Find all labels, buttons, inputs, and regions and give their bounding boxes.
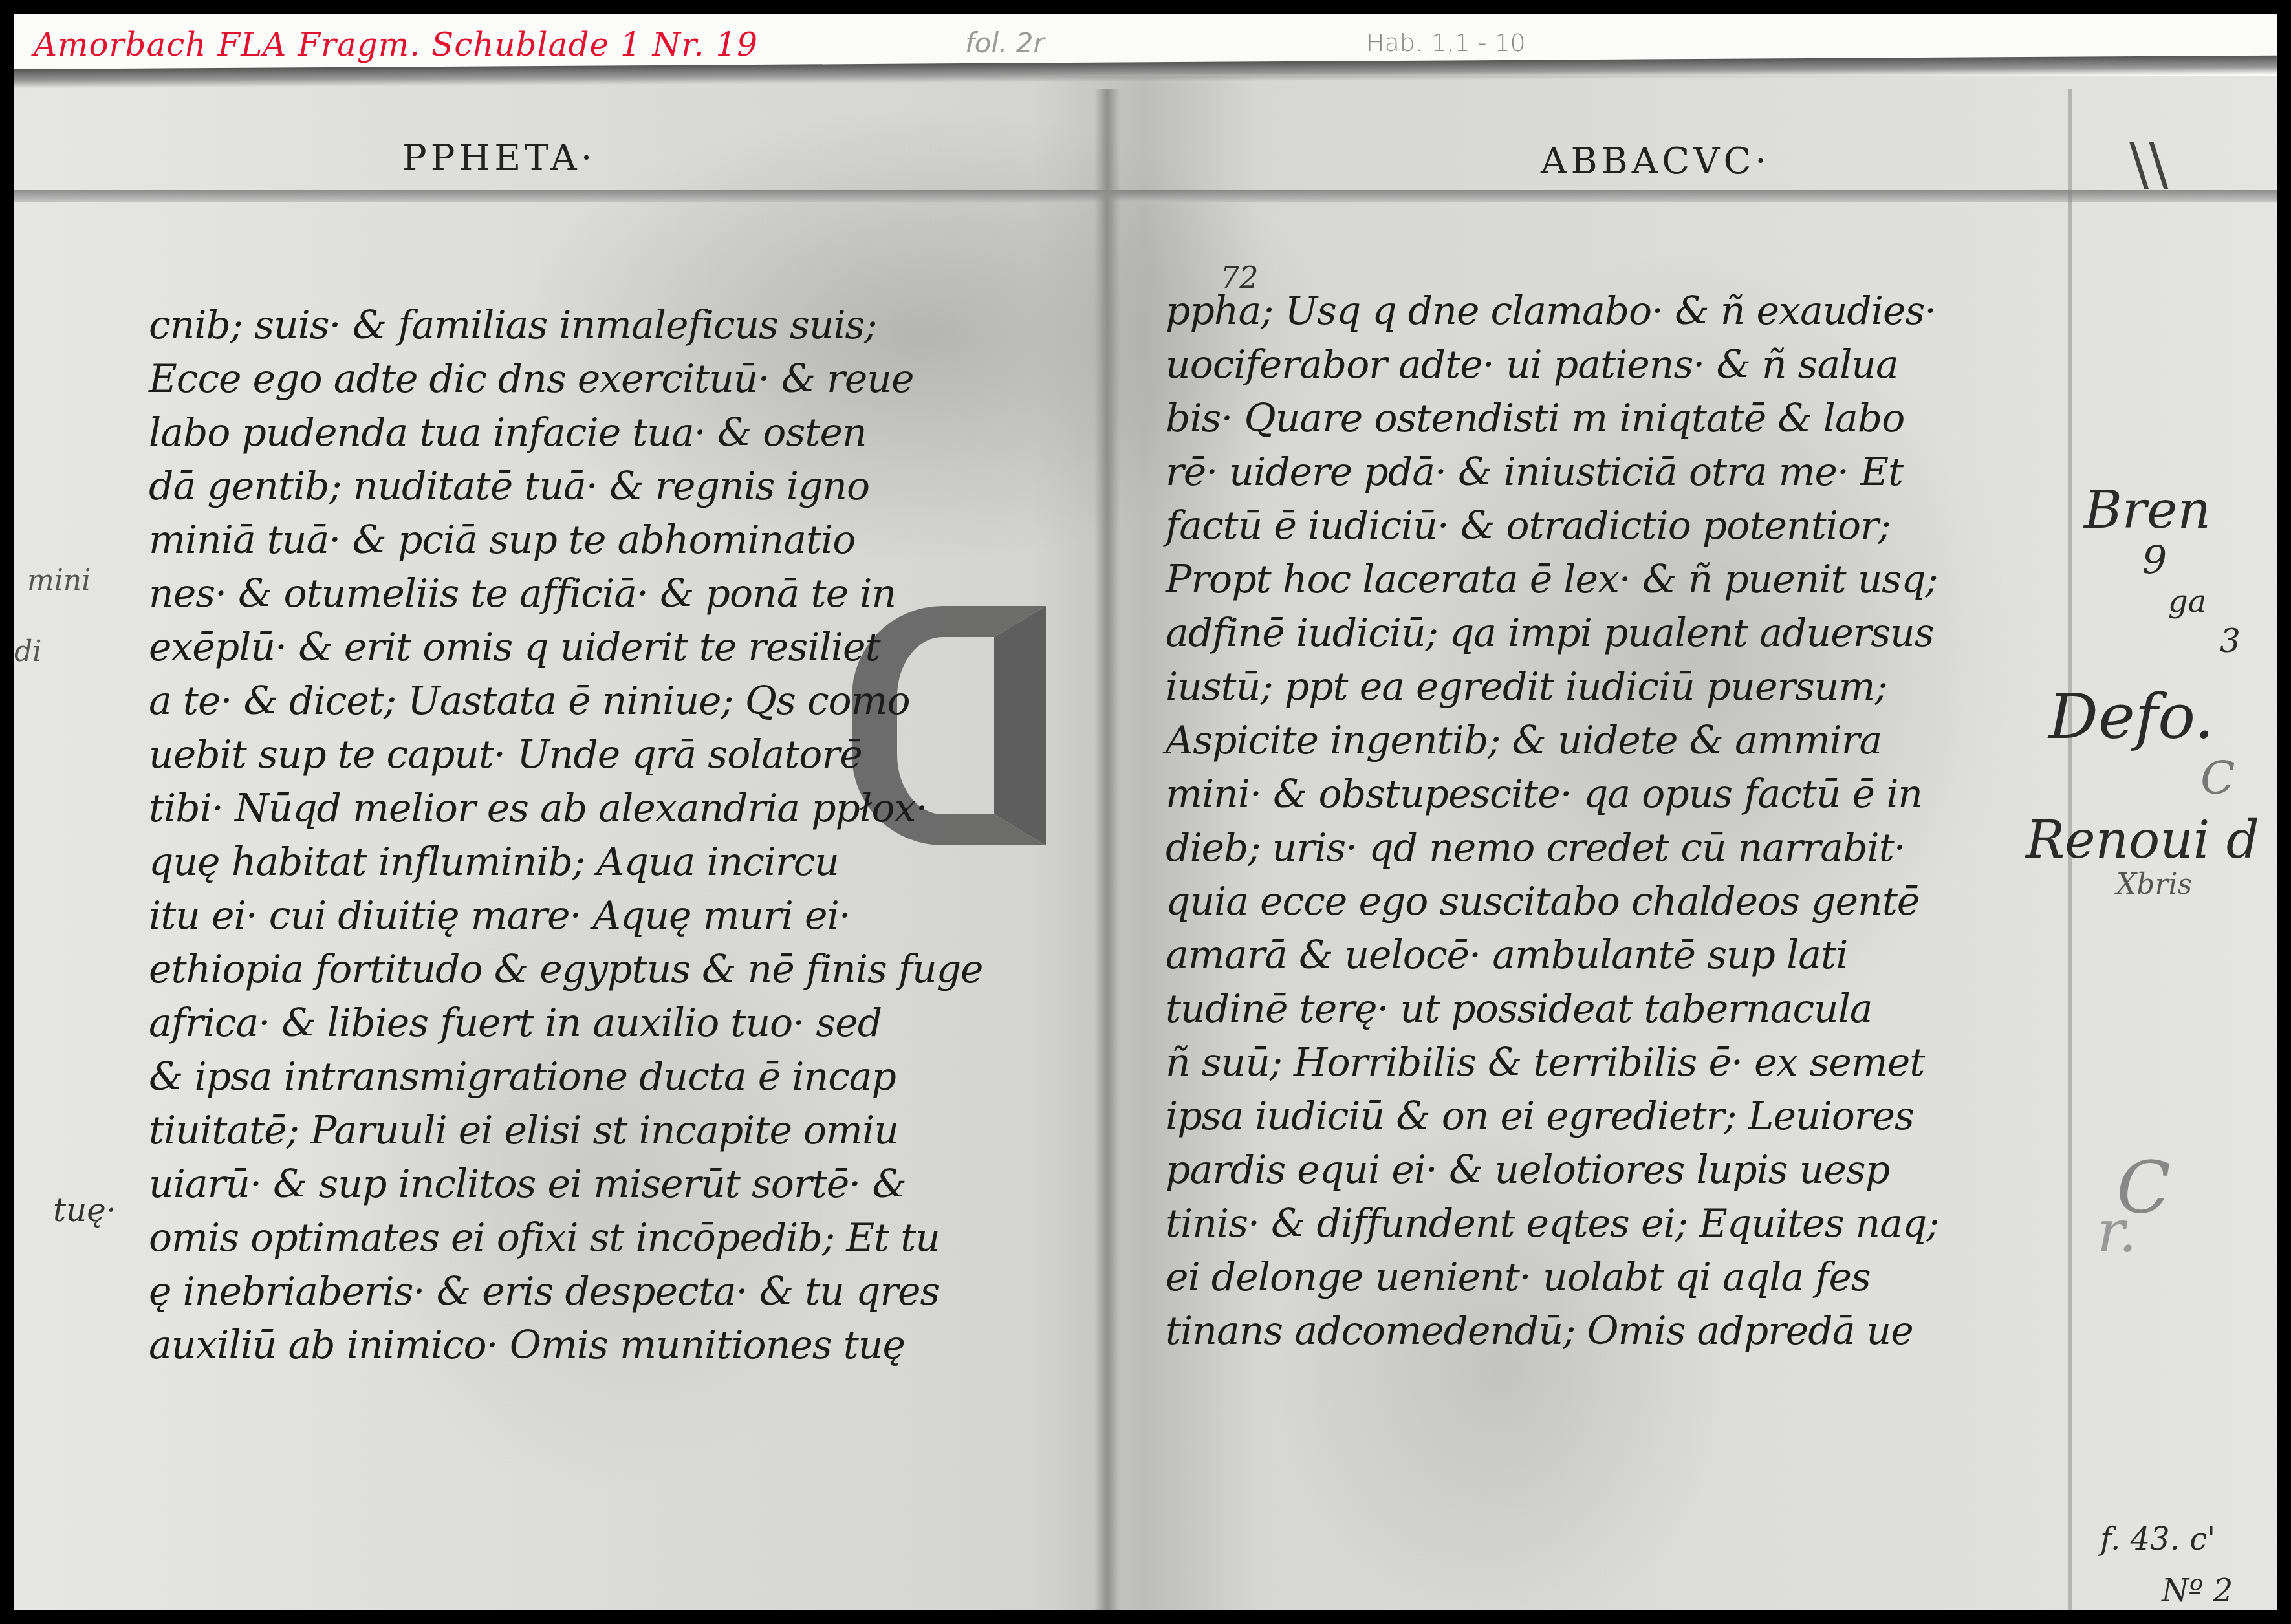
left-margin-note-di: di: [14, 635, 41, 668]
text-line: dā gentib; nuditatē tuā· & regnis igno: [149, 460, 983, 514]
text-line: Aspicite ingentib; & uidete & ammira: [1166, 714, 1939, 768]
folio-reference-note: f. 43. c': [2100, 1521, 2215, 1557]
text-line: factū ē iudiciū· & otradictio potentior;: [1166, 499, 1939, 553]
text-line: ę inebriaberis· & eris despecta· & tu qr…: [149, 1265, 983, 1319]
header-rule: [14, 190, 2277, 202]
right-margin-note-bren: Bren: [2084, 480, 2211, 540]
text-line: miniā tuā· & pciā sup te abhominatio: [149, 514, 983, 567]
running-head-right: ABBACVC·: [1541, 140, 1770, 182]
text-line: tinans adcomedendū; Omis adpredā ue: [1166, 1305, 1939, 1358]
text-line: rē· uidere pdā· & iniusticiā otra me· Et: [1166, 446, 1939, 499]
right-margin-note-defo: Defo.: [2048, 680, 2214, 753]
archive-shelfmark-note: Amorbach FLA Fragm. Schublade 1 Nr. 19: [34, 26, 758, 63]
text-line: a te· & dicet; Uastata ē niniue; Qs como: [149, 675, 983, 728]
text-line: ei delonge uenient· uolabt qi aqla fes: [1166, 1251, 1939, 1305]
text-line: labo pudenda tua infacie tua· & osten: [149, 406, 983, 460]
running-head-left: PPHETA·: [402, 137, 596, 179]
text-line: quia ecce ego suscitabo chaldeos gentē: [1166, 875, 1939, 929]
text-line: uiarū· & sup inclitos ei miserūt sortē· …: [149, 1158, 983, 1211]
right-margin-note-9: 9: [2142, 538, 2167, 583]
column-gutter-fold: [1094, 89, 1120, 1610]
right-margin-note-renovid: Renoui d: [2026, 810, 2259, 870]
text-line: uebit sup te caput· Unde qrā solatorē: [149, 728, 983, 782]
text-line: iustū; ppt ea egredit iudiciū puersum;: [1166, 660, 1939, 714]
right-margin-note-xbris: Xbris: [2116, 868, 2192, 901]
right-margin-note-ga: ga: [2168, 583, 2206, 620]
text-line: africa· & libies fuert in auxilio tuo· s…: [149, 997, 983, 1050]
text-line: tudinē terę· ut possideat tabernacula: [1166, 982, 1939, 1036]
text-line: exēplū· & erit omis q uiderit te resilie…: [149, 621, 983, 675]
text-line: ppha; Usq q dne clamabo· & ñ exaudies·: [1166, 285, 1939, 338]
text-column-left: cnib; suis· & familias inmaleficus suis;…: [149, 299, 983, 1372]
text-line: ipsa iudiciū & on ei egredietr; Leuiores: [1166, 1090, 1939, 1143]
text-line: amarā & uelocē· ambulantē sup lati: [1166, 929, 1939, 982]
text-line: nes· & otumeliis te afficiā· & ponā te i…: [149, 567, 983, 621]
text-line: auxiliū ab inimico· Omis munitiones tuę: [149, 1319, 983, 1372]
text-line: ñ suū; Horribilis & terribilis ē· ex sem…: [1166, 1036, 1939, 1090]
scanned-page: Amorbach FLA Fragm. Schublade 1 Nr. 19 f…: [14, 14, 2277, 1610]
text-line: cnib; suis· & familias inmaleficus suis;: [149, 299, 983, 352]
passage-note: Hab. 1,1 - 10: [1366, 28, 1526, 57]
text-line: uociferabor adte· ui patiens· & ñ salua: [1166, 338, 1939, 392]
text-line: quę habitat influminib; Aqua incircu: [149, 836, 983, 889]
text-line: itu ei· cui diuitię mare· Aquę muri ei·: [149, 889, 983, 943]
text-line: dieb; uris· qd nemo credet cū narrabit·: [1166, 821, 1939, 875]
right-margin-note-r: r.: [2097, 1198, 2137, 1266]
number-reference-note: Nº 2: [2162, 1573, 2233, 1609]
text-line: & ipsa intransmigratione ducta ē incap: [149, 1050, 983, 1104]
text-line: omis optimates ei ofixi st incōpedib; Et…: [149, 1211, 983, 1265]
left-margin-note-mini: mini: [27, 564, 91, 597]
text-line: pardis equi ei· & uelotiores lupis uesp: [1166, 1143, 1939, 1197]
left-margin-note-tue: tuę·: [53, 1191, 116, 1229]
margin-strokes: \\: [2129, 131, 2169, 199]
text-line: ethiopia fortitudo & egyptus & nē finis …: [149, 943, 983, 997]
text-line: tiuitatē; Paruuli ei elisi st incapite o…: [149, 1104, 983, 1158]
text-line: Ecce ego adte dic dns exercituū· & reue: [149, 352, 983, 406]
text-line: Propt hoc lacerata ē lex· & ñ puenit usq…: [1166, 553, 1939, 607]
text-line: tibi· Nūqd melior es ab alexandria ppłox…: [149, 782, 983, 836]
folio-note: fol. 2r: [965, 27, 1045, 59]
text-line: tinis· & diffundent eqtes ei; Equites na…: [1166, 1197, 1939, 1251]
right-margin-note-3: 3: [2220, 622, 2241, 660]
text-line: mini· & obstupescite· qa opus factū ē in: [1166, 768, 1939, 821]
right-margin-note-c: C: [2200, 752, 2235, 805]
text-column-right: ppha; Usq q dne clamabo· & ñ exaudies· u…: [1166, 285, 1939, 1358]
text-line: adfinē iudiciū; qa impi pualent aduersus: [1166, 607, 1939, 660]
text-line: bis· Quare ostendisti m iniqtatē & labo: [1166, 392, 1939, 446]
